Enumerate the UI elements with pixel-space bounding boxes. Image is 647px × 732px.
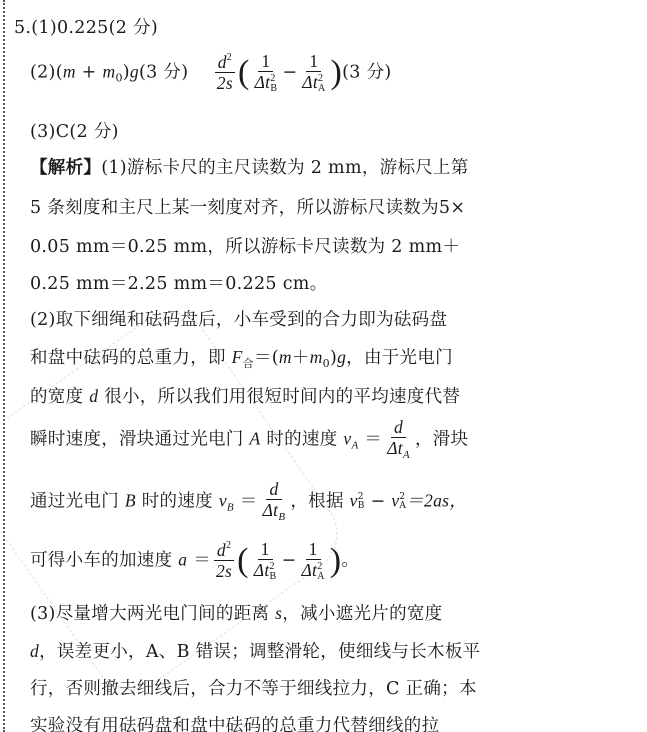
text: (2)取下细绳和砝码盘后，小车受到的合力即为砝码盘	[30, 310, 447, 330]
superscript: 2	[227, 52, 232, 63]
denominator: 2s	[213, 561, 235, 582]
answer-part2: (2)(m + m0)g(3 分) d2 2s ( 1 Δt2B − 1 Δt2…	[30, 52, 392, 94]
analysis-p1-line3: 0.05 mm＝0.25 mm，所以游标卡尺读数为 2 mm＋	[30, 233, 460, 258]
question-number: 5.	[14, 18, 31, 38]
numerator: d	[391, 418, 406, 438]
numerator: 1	[306, 540, 321, 560]
numerator: 1	[258, 52, 273, 72]
var-A: A	[249, 429, 260, 449]
var-d: d	[30, 641, 39, 661]
analysis-heading: 【解析】	[30, 158, 101, 178]
delta-t: Δt	[254, 560, 270, 580]
subscript: B	[278, 511, 285, 523]
fraction-1-dtA: 1 Δt2A	[299, 52, 328, 94]
text: 时的速度	[260, 430, 343, 450]
subscript: B	[270, 572, 277, 582]
text: ＝2as，	[406, 491, 467, 511]
subscript: 0	[323, 357, 330, 370]
analysis-p2-line2: 和盘中砝码的总重力，即 F合＝(m＋m0)g，由于光电门	[30, 344, 453, 371]
score: (2 分)	[69, 122, 118, 142]
part-label: (1)	[31, 18, 57, 38]
var-m0: m	[103, 62, 116, 82]
analysis-p3-line2: d，误差更小，A、B 错误；调整滑轮，使细线与长木板平	[30, 638, 480, 663]
text: 很小，所以我们用很短时间内的平均速度代替	[98, 387, 460, 407]
score: (2 分)	[109, 18, 158, 38]
var-d: d	[217, 540, 226, 560]
var-m: m	[63, 62, 76, 82]
var-m: m	[279, 347, 292, 367]
text: ，根据	[290, 492, 349, 512]
analysis-p3-line3: 行，否则撤去细线后，合力不等于细线拉力，C 正确；本	[30, 675, 477, 700]
answer-value: 0.225	[57, 18, 109, 38]
analysis-p1-line1: 【解析】(1)游标卡尺的主尺读数为 2 mm，游标尺上第	[30, 154, 469, 179]
text: 实验没有用砝码盘和盘中砝码的总重力代替细线的拉	[30, 716, 439, 732]
denominator: 2s	[214, 73, 236, 94]
big-paren-close: )	[331, 54, 343, 91]
answer-part1: 5.(1)0.225(2 分)	[14, 14, 158, 39]
score: (3 分)	[342, 63, 391, 83]
subscript: A	[351, 440, 358, 452]
text: 5 条刻度和主尺上某一刻度对齐，所以游标尺读数为5×	[30, 198, 465, 218]
text: 行，否则撤去细线后，合力不等于细线拉力，C 正确；本	[30, 679, 477, 699]
big-paren-open: (	[237, 542, 249, 579]
subscript: 合	[243, 357, 254, 370]
analysis-p2-line5: 通过光电门 B 时的速度 vB ＝ d ΔtB ，根据 v2B − v2A＝2a…	[30, 480, 467, 524]
subscript: A	[318, 84, 326, 94]
paren: (	[56, 63, 63, 83]
fraction-d2-2s: d2 2s	[214, 52, 236, 94]
plus: ＋	[292, 348, 310, 368]
equals: ＝	[187, 551, 211, 571]
text: 瞬时速度，滑块通过光电门	[30, 430, 249, 450]
big-paren-close: )	[330, 542, 342, 579]
fraction-1-dtB: 1 Δt2B	[251, 540, 280, 582]
analysis-p1-line2: 5 条刻度和主尺上某一刻度对齐，所以游标尺读数为5×	[30, 194, 465, 219]
var-v: v	[350, 491, 358, 511]
big-paren-open: (	[238, 54, 250, 91]
plus: +	[82, 63, 97, 83]
superscript: 2	[226, 540, 231, 551]
analysis-p1-line4: 0.25 mm＝2.25 mm＝0.225 cm。	[30, 270, 328, 295]
var-d: d	[89, 386, 98, 406]
subscript: A	[317, 572, 325, 582]
minus: −	[282, 63, 297, 83]
text: 的宽度	[30, 387, 89, 407]
text: ＝(	[254, 348, 279, 368]
paren: )	[123, 63, 130, 83]
analysis-p3-line1: (3)尽量增大两光电门间的距离 s，减小遮光片的宽度	[30, 600, 442, 625]
text: 和盘中砝码的总重力，即	[30, 348, 232, 368]
minus: −	[365, 492, 392, 512]
minus: −	[282, 551, 297, 571]
var-d: d	[218, 52, 227, 72]
var-a: a	[178, 550, 187, 570]
text: ，滑块	[415, 430, 468, 450]
analysis-p2-line4: 瞬时速度，滑块通过光电门 A 时的速度 vA ＝ d ΔtA ，滑块	[30, 418, 468, 462]
text: (1)游标卡尺的主尺读数为 2 mm，游标尺上第	[101, 158, 468, 178]
text: 0.25 mm＝2.25 mm＝0.225 cm。	[30, 274, 328, 294]
var-v: v	[219, 491, 227, 511]
fraction-1-dtB: 1 Δt2B	[252, 52, 281, 94]
numerator: 1	[258, 540, 273, 560]
var-F: F	[232, 347, 243, 367]
delta-t: Δt	[255, 72, 271, 92]
var-B: B	[125, 491, 136, 511]
margin-dotted-line	[3, 0, 5, 732]
answer-page: 5.(1)0.225(2 分) (2)(m + m0)g(3 分) d2 2s …	[0, 0, 647, 732]
delta-t: Δt	[302, 72, 318, 92]
fraction-1-dtA: 1 Δt2A	[298, 540, 327, 582]
analysis-p2-line1: (2)取下细绳和砝码盘后，小车受到的合力即为砝码盘	[30, 306, 447, 331]
part-label: (3)	[30, 122, 56, 142]
delta-t: Δt	[263, 500, 279, 520]
text: 通过光电门	[30, 492, 125, 512]
numerator: 1	[306, 52, 321, 72]
text: ，减小遮光片的宽度	[282, 604, 442, 624]
score: (3 分)	[139, 63, 188, 83]
text: 时的速度	[136, 492, 219, 512]
text: ，由于光电门	[346, 348, 453, 368]
text: (3)尽量增大两光电门间的距离	[30, 604, 275, 624]
text: 。	[341, 551, 359, 571]
analysis-p2-line6: 可得小车的加速度 a ＝ d2 2s ( 1 Δt2B − 1 Δt2A )。	[30, 540, 359, 582]
answer-part3: (3)C(2 分)	[30, 118, 119, 143]
subscript: B	[227, 502, 234, 514]
var-m0: m	[310, 347, 323, 367]
part-label: (2)	[30, 63, 56, 83]
subscript: 0	[115, 72, 122, 85]
answer-value: C	[56, 122, 70, 142]
equals: ＝	[234, 492, 258, 512]
fraction-d2-2s: d2 2s	[213, 540, 235, 582]
text: 0.05 mm＝0.25 mm，所以游标卡尺读数为 2 mm＋	[30, 237, 460, 257]
analysis-p3-line4: 实验没有用砝码盘和盘中砝码的总重力代替细线的拉	[30, 712, 439, 732]
var-g: g	[130, 62, 139, 82]
numerator: d	[266, 480, 281, 500]
fraction-d-dtA: d ΔtA	[384, 418, 413, 462]
fraction-d-dtB: d ΔtB	[260, 480, 289, 524]
delta-t: Δt	[387, 438, 403, 458]
subscript: B	[270, 84, 277, 94]
subscript: A	[403, 449, 410, 461]
equals: ＝	[359, 430, 383, 450]
subscript: B	[358, 502, 365, 511]
analysis-p2-line3: 的宽度 d 很小，所以我们用很短时间内的平均速度代替	[30, 383, 460, 408]
delta-t: Δt	[301, 560, 317, 580]
text: 可得小车的加速度	[30, 551, 178, 571]
text: ，误差更小，A、B 错误；调整滑轮，使细线与长木板平	[39, 642, 480, 662]
var-g: g	[337, 347, 346, 367]
